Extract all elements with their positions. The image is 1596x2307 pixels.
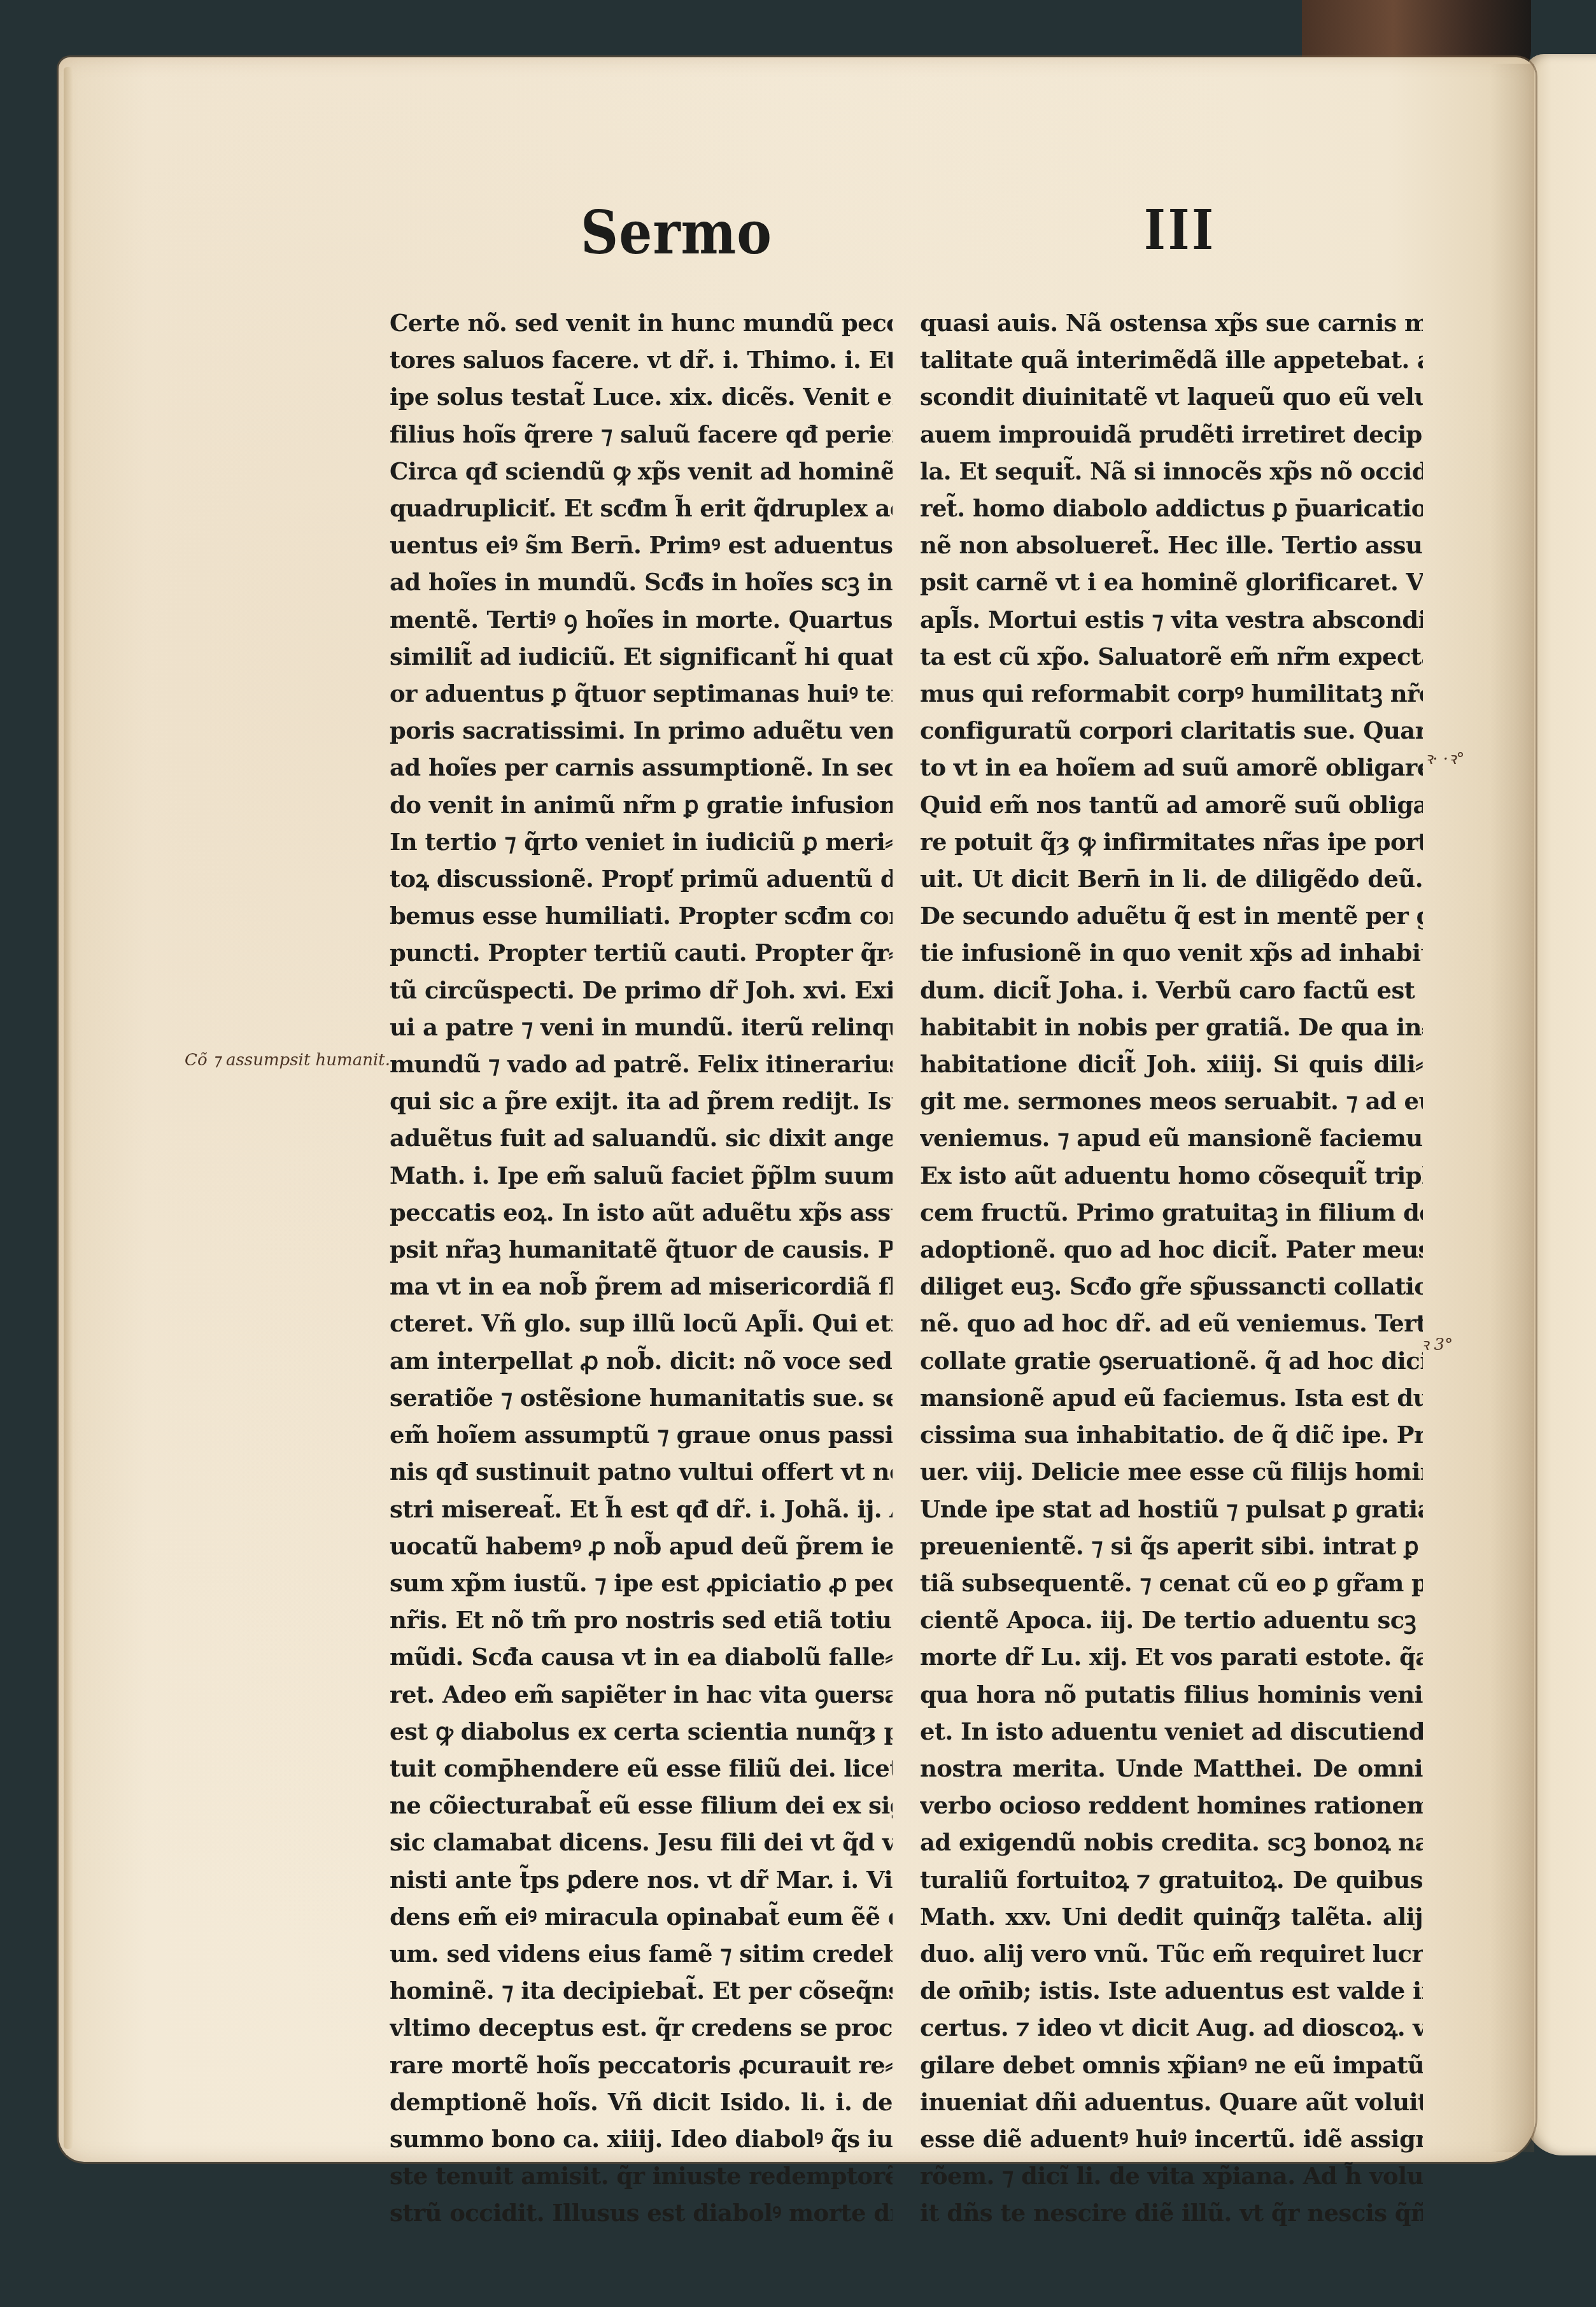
text-line: vltimo deceptus est. q̃r credens se proc…	[390, 2009, 893, 2046]
text-line: Math. xxv. Uni dedit quinq̃ȝ talẽta. ali…	[920, 1898, 1423, 1935]
text-line: nostra merita. Unde Matthei. De omni	[920, 1750, 1423, 1787]
text-line: turaliũ fortuitoꝝ ⁊ gratuitoꝝ. De quibus	[920, 1861, 1423, 1898]
text-line: hominẽ. ⁊ ita decipiebat̃. Et per cõseq̃…	[390, 1972, 893, 2009]
text-line: ui a patre ⁊ veni in mundũ. iterũ relinq…	[390, 1009, 893, 1046]
text-line: De secundo aduẽtu q̃ est in mentẽ per gr…	[920, 897, 1423, 934]
text-line: bemus esse humiliati. Propter scđm com	[390, 897, 893, 934]
text-line: scondit diuinitatẽ vt laqueũ quo eũ velu…	[920, 378, 1423, 415]
text-line: tũ circũspecti. De primo dr̃ Joh. xvi. E…	[390, 972, 893, 1009]
text-line: configuratũ corpori claritatis sue. Quar…	[920, 712, 1423, 749]
text-line: tores saluos facere. vt dr̃. i. Thimo. i…	[390, 341, 893, 378]
text-line: rare mortẽ hoĩs peccatoris ꝓcurauit re⸗	[390, 2047, 893, 2083]
text-column-right: quasi auis. Nã ostensa xp̃s sue carnis m…	[920, 304, 1423, 2232]
text-line: mũdi. Scđa causa vt in ea diabolũ falle⸗	[390, 1638, 893, 1675]
text-line: sum xp̃m iustũ. ⁊ ipe est ꝓpiciatio ꝓ pe…	[390, 1565, 893, 1601]
text-line: nr̃is. Et nõ tm̃ pro nostris sed etiã to…	[390, 1601, 893, 1638]
text-line: tie infusionẽ in quo venit xp̃s ad inhab…	[920, 934, 1423, 971]
text-line: re potuit q̃ȝ ꝙ infirmitates nr̃as ipe p…	[920, 823, 1423, 860]
text-line: cissima sua inhabitatio. de q̃ dic̃ ipe.…	[920, 1416, 1423, 1453]
text-line: uer. viij. Delicie mee esse cũ filijs ho…	[920, 1453, 1423, 1490]
text-line: inueniat dñi aduentus. Quare aũt voluit	[920, 2083, 1423, 2120]
text-line: certus. ⁊ ideo vt dicit Aug. ad dioscoꝝ.…	[920, 2009, 1423, 2046]
text-line: qua hora nõ putatis filius hominis veni	[920, 1676, 1423, 1713]
text-line: auem improuidã prudẽti irretiret decipu	[920, 416, 1423, 453]
text-line: ad exigendũ nobis credita. scꝫ bonoꝝ na⸗	[920, 1824, 1423, 1861]
text-line: est ꝙ diabolus ex certa scientia nunq̃ȝ …	[390, 1713, 893, 1750]
text-line: nisti ante t̃ps ꝑdere nos. vt dr̃ Mar. i…	[390, 1861, 893, 1898]
text-line: psit carnẽ vt i ea hominẽ glorificaret. …	[920, 564, 1423, 600]
text-line: uentus eiꝰ s̃m Bern̄. Primꝰ est aduentus	[390, 527, 893, 564]
text-line: mentẽ. Tertiꝰ ꝯ hoĩes in morte. Quartus	[390, 601, 893, 638]
text-line: nis qđ sustinuit patno vultui offert vt …	[390, 1453, 893, 1490]
text-line: mansionẽ apud eũ faciemus. Ista est dul⸗	[920, 1379, 1423, 1416]
text-line: ipe solus testat̃ Luce. xix. dicẽs. Veni…	[390, 378, 893, 415]
page-fore-edge	[64, 67, 73, 2149]
text-line: ste tenuit amisit. q̃r iniuste redemptor…	[390, 2157, 893, 2194]
text-line: do venit in animũ nr̃m ꝑ gratie infusion…	[390, 786, 893, 823]
text-line: habitatione dicit̃ Joh. xiiij. Si quis d…	[920, 1046, 1423, 1083]
text-line: dum. dicit̃ Joha. i. Verbũ caro factũ es…	[920, 972, 1423, 1009]
text-column-left: Certe nõ. sed venit in hunc mundũ peccat…	[390, 304, 893, 2232]
text-line: qui sic a p̃re exijt. ita ad p̃rem redij…	[390, 1083, 893, 1119]
text-line: nẽ non absolueret̃. Hec ille. Tertio ass…	[920, 527, 1423, 564]
marginal-note-left: Cõ ⁊ assumpsit humanit.	[185, 1051, 390, 1070]
text-line: filius hoĩs q̃rere ⁊ saluũ facere qđ per…	[390, 416, 893, 453]
marginal-note-right-1: ꝛ· ·ꝛ°	[1425, 746, 1464, 769]
text-line: tuit comp̄hendere eũ esse filiũ dei. lic…	[390, 1750, 893, 1787]
text-line: strũ occidit. Illusus est diabolꝰ morte …	[390, 2194, 893, 2231]
text-line: la. Et sequit̃. Nã si innocẽs xp̃s nõ oc…	[920, 453, 1423, 490]
running-head-title: Sermo	[581, 198, 772, 268]
text-line: apl̃s. Mortui estis ⁊ vita vestra abscon…	[920, 601, 1423, 638]
text-line: mus qui reformabit corpꝰ humilitatꝫ nr̃e	[920, 675, 1423, 712]
text-line: rõem. ⁊ dicĩ li. de vita xp̃iana. Ad h̃ …	[920, 2157, 1423, 2194]
text-line: cem fructũ. Primo gratuitaꝫ in filium de…	[920, 1194, 1423, 1231]
text-line: Math. i. Ipe em̃ saluũ faciet p̃p̃lm suu…	[390, 1157, 893, 1194]
text-line: Certe nõ. sed venit in hunc mundũ pecca	[390, 304, 893, 341]
text-line: uocatũ habemꝰ ꝓ nob̃ apud deũ p̃rem ie⸗	[390, 1528, 893, 1565]
text-line: aduẽtus fuit ad saluandũ. sic dixit ange…	[390, 1119, 893, 1156]
text-line: et. In isto aduentu veniet ad discutiend…	[920, 1713, 1423, 1750]
text-line: um. sed videns eius famẽ ⁊ sitim credeba…	[390, 1935, 893, 1972]
text-line: talitate quã interimẽdã ille appetebat. …	[920, 341, 1423, 378]
text-line: mundũ ⁊ vado ad patrẽ. Felix itinerarius	[390, 1046, 893, 1083]
text-line: de om̄ib; istis. Iste aduentus est valde…	[920, 1972, 1423, 2009]
text-line: to vt in ea hoĩem ad suũ amorẽ obligaret…	[920, 749, 1423, 786]
text-line: toꝝ discussionẽ. Propť primũ aduentũ de	[390, 860, 893, 897]
text-line: adoptionẽ. quo ad hoc dicit̃. Pater meus	[920, 1231, 1423, 1268]
text-line: dens em̃ eiꝰ miracula opinabat̃ eum ẽẽ d…	[390, 1898, 893, 1935]
text-line: poris sacratissimi. In primo aduẽtu veni…	[390, 712, 893, 749]
text-line: verbo ocioso reddent homines rationem	[920, 1787, 1423, 1824]
text-line: cientẽ Apoca. iij. De tertio aduentu scꝫ…	[920, 1601, 1423, 1638]
text-line: habitabit in nobis per gratiã. De qua in…	[920, 1009, 1423, 1046]
text-line: preuenientẽ. ⁊ si q̃s aperit sibi. intra…	[920, 1528, 1423, 1565]
text-line: Unde ipe stat ad hostiũ ⁊ pulsat ꝑ grati…	[920, 1491, 1423, 1528]
text-line: ne cõiecturabat̃ eũ esse filium dei ex s…	[390, 1787, 893, 1824]
marginal-note-right-2: ꝛ 3°	[1421, 1332, 1453, 1355]
text-line: am interpellat ꝓ nob̃. dicit: nõ voce se…	[390, 1342, 893, 1379]
folio-number: III	[1144, 197, 1216, 262]
text-line: git me. sermones meos seruabit. ⁊ ad eum	[920, 1083, 1423, 1119]
text-line: diliget euꝫ. Scđo gr̃e sp̃ussancti colla…	[920, 1268, 1423, 1305]
text-line: uit. Ut dicit Bern̄ in li. de diligẽdo d…	[920, 860, 1423, 897]
text-line: ret. Adeo em̃ sapiẽter in hac vita ꝯuers…	[390, 1676, 893, 1713]
text-line: collate gratie ꝯseruationẽ. q̃ ad hoc di…	[920, 1342, 1423, 1379]
text-line: seratiõe ⁊ ostẽsione humanitatis sue. se…	[390, 1379, 893, 1416]
text-line: ta est cũ xp̃o. Saluatorẽ em̃ nr̃m expec…	[920, 638, 1423, 675]
text-line: ad hoĩes in mundũ. Scđs in hoĩes scꝫ in	[390, 564, 893, 600]
text-line: it dñs te nescire diẽ illũ. vt q̃r nesci…	[920, 2194, 1423, 2231]
text-line: demptionẽ hoĩs. Vñ dicit Isido. li. i. d…	[390, 2083, 893, 2120]
text-line: ad hoĩes per carnis assumptionẽ. In secũ	[390, 749, 893, 786]
gutter-shadow	[1490, 64, 1534, 2152]
text-line: gilare debet omnis xp̃ianꝰ ne eũ impatũ	[920, 2047, 1423, 2083]
text-line: em̃ hoĩem assumptũ ⁊ graue onus passio⸗	[390, 1416, 893, 1453]
text-line: Circa qđ sciendũ ꝙ xp̃s venit ad hominẽ	[390, 453, 893, 490]
text-line: puncti. Propter tertiũ cauti. Propter q̃…	[390, 934, 893, 971]
text-line: ret̃. homo diabolo addictus ꝑ p̄uaricati…	[920, 490, 1423, 527]
text-line: quadrupliciť. Et scđm h̃ erit q̃druplex …	[390, 490, 893, 527]
text-line: duo. alij vero vnũ. Tũc em̃ requiret luc…	[920, 1935, 1423, 1972]
text-line: morte dr̃ Lu. xij. Et vos parati estote.…	[920, 1638, 1423, 1675]
text-line: ma vt in ea nob̃ p̃rem ad misericordiã f…	[390, 1268, 893, 1305]
text-line: stri misereat̃. Et h̃ est qđ dr̃. i. Joh…	[390, 1491, 893, 1528]
text-line: quasi auis. Nã ostensa xp̃s sue carnis m…	[920, 304, 1423, 341]
text-line: Quid em̃ nos tantũ ad amorẽ suũ obliga⸗	[920, 786, 1423, 823]
text-line: tiã subsequentẽ. ⁊ cenat cũ eo ꝑ gr̃am p…	[920, 1565, 1423, 1601]
text-line: esse diẽ aduentꝰ huiꝰ incertũ. idẽ assig…	[920, 2120, 1423, 2157]
text-line: summo bono ca. xiiij. Ideo diabolꝰ q̃s i…	[390, 2120, 893, 2157]
text-line: veniemus. ⁊ apud eũ mansionẽ faciemus.	[920, 1119, 1423, 1156]
text-line: or aduentus ꝑ q̃tuor septimanas huiꝰ tem	[390, 675, 893, 712]
text-line: similit̃ ad iudiciũ. Et significant̃ hi …	[390, 638, 893, 675]
text-line: psit nr̃aꝫ humanitatẽ q̃tuor de causis. …	[390, 1231, 893, 1268]
text-line: nẽ. quo ad hoc dr̃. ad eũ veniemus. Tert…	[920, 1305, 1423, 1342]
text-line: Ex isto aũt aduentu homo cõsequit̃ tripl…	[920, 1157, 1423, 1194]
text-line: cteret. Vñ glo. sup illũ locũ Apl̃i. Qui…	[390, 1305, 893, 1342]
text-line: peccatis eoꝝ. In isto aũt aduẽtu xp̃s as…	[390, 1194, 893, 1231]
text-line: In tertio ⁊ q̃rto veniet in iudiciũ ꝑ me…	[390, 823, 893, 860]
text-line: sic clamabat dicens. Jesu fili dei vt q̃…	[390, 1824, 893, 1861]
